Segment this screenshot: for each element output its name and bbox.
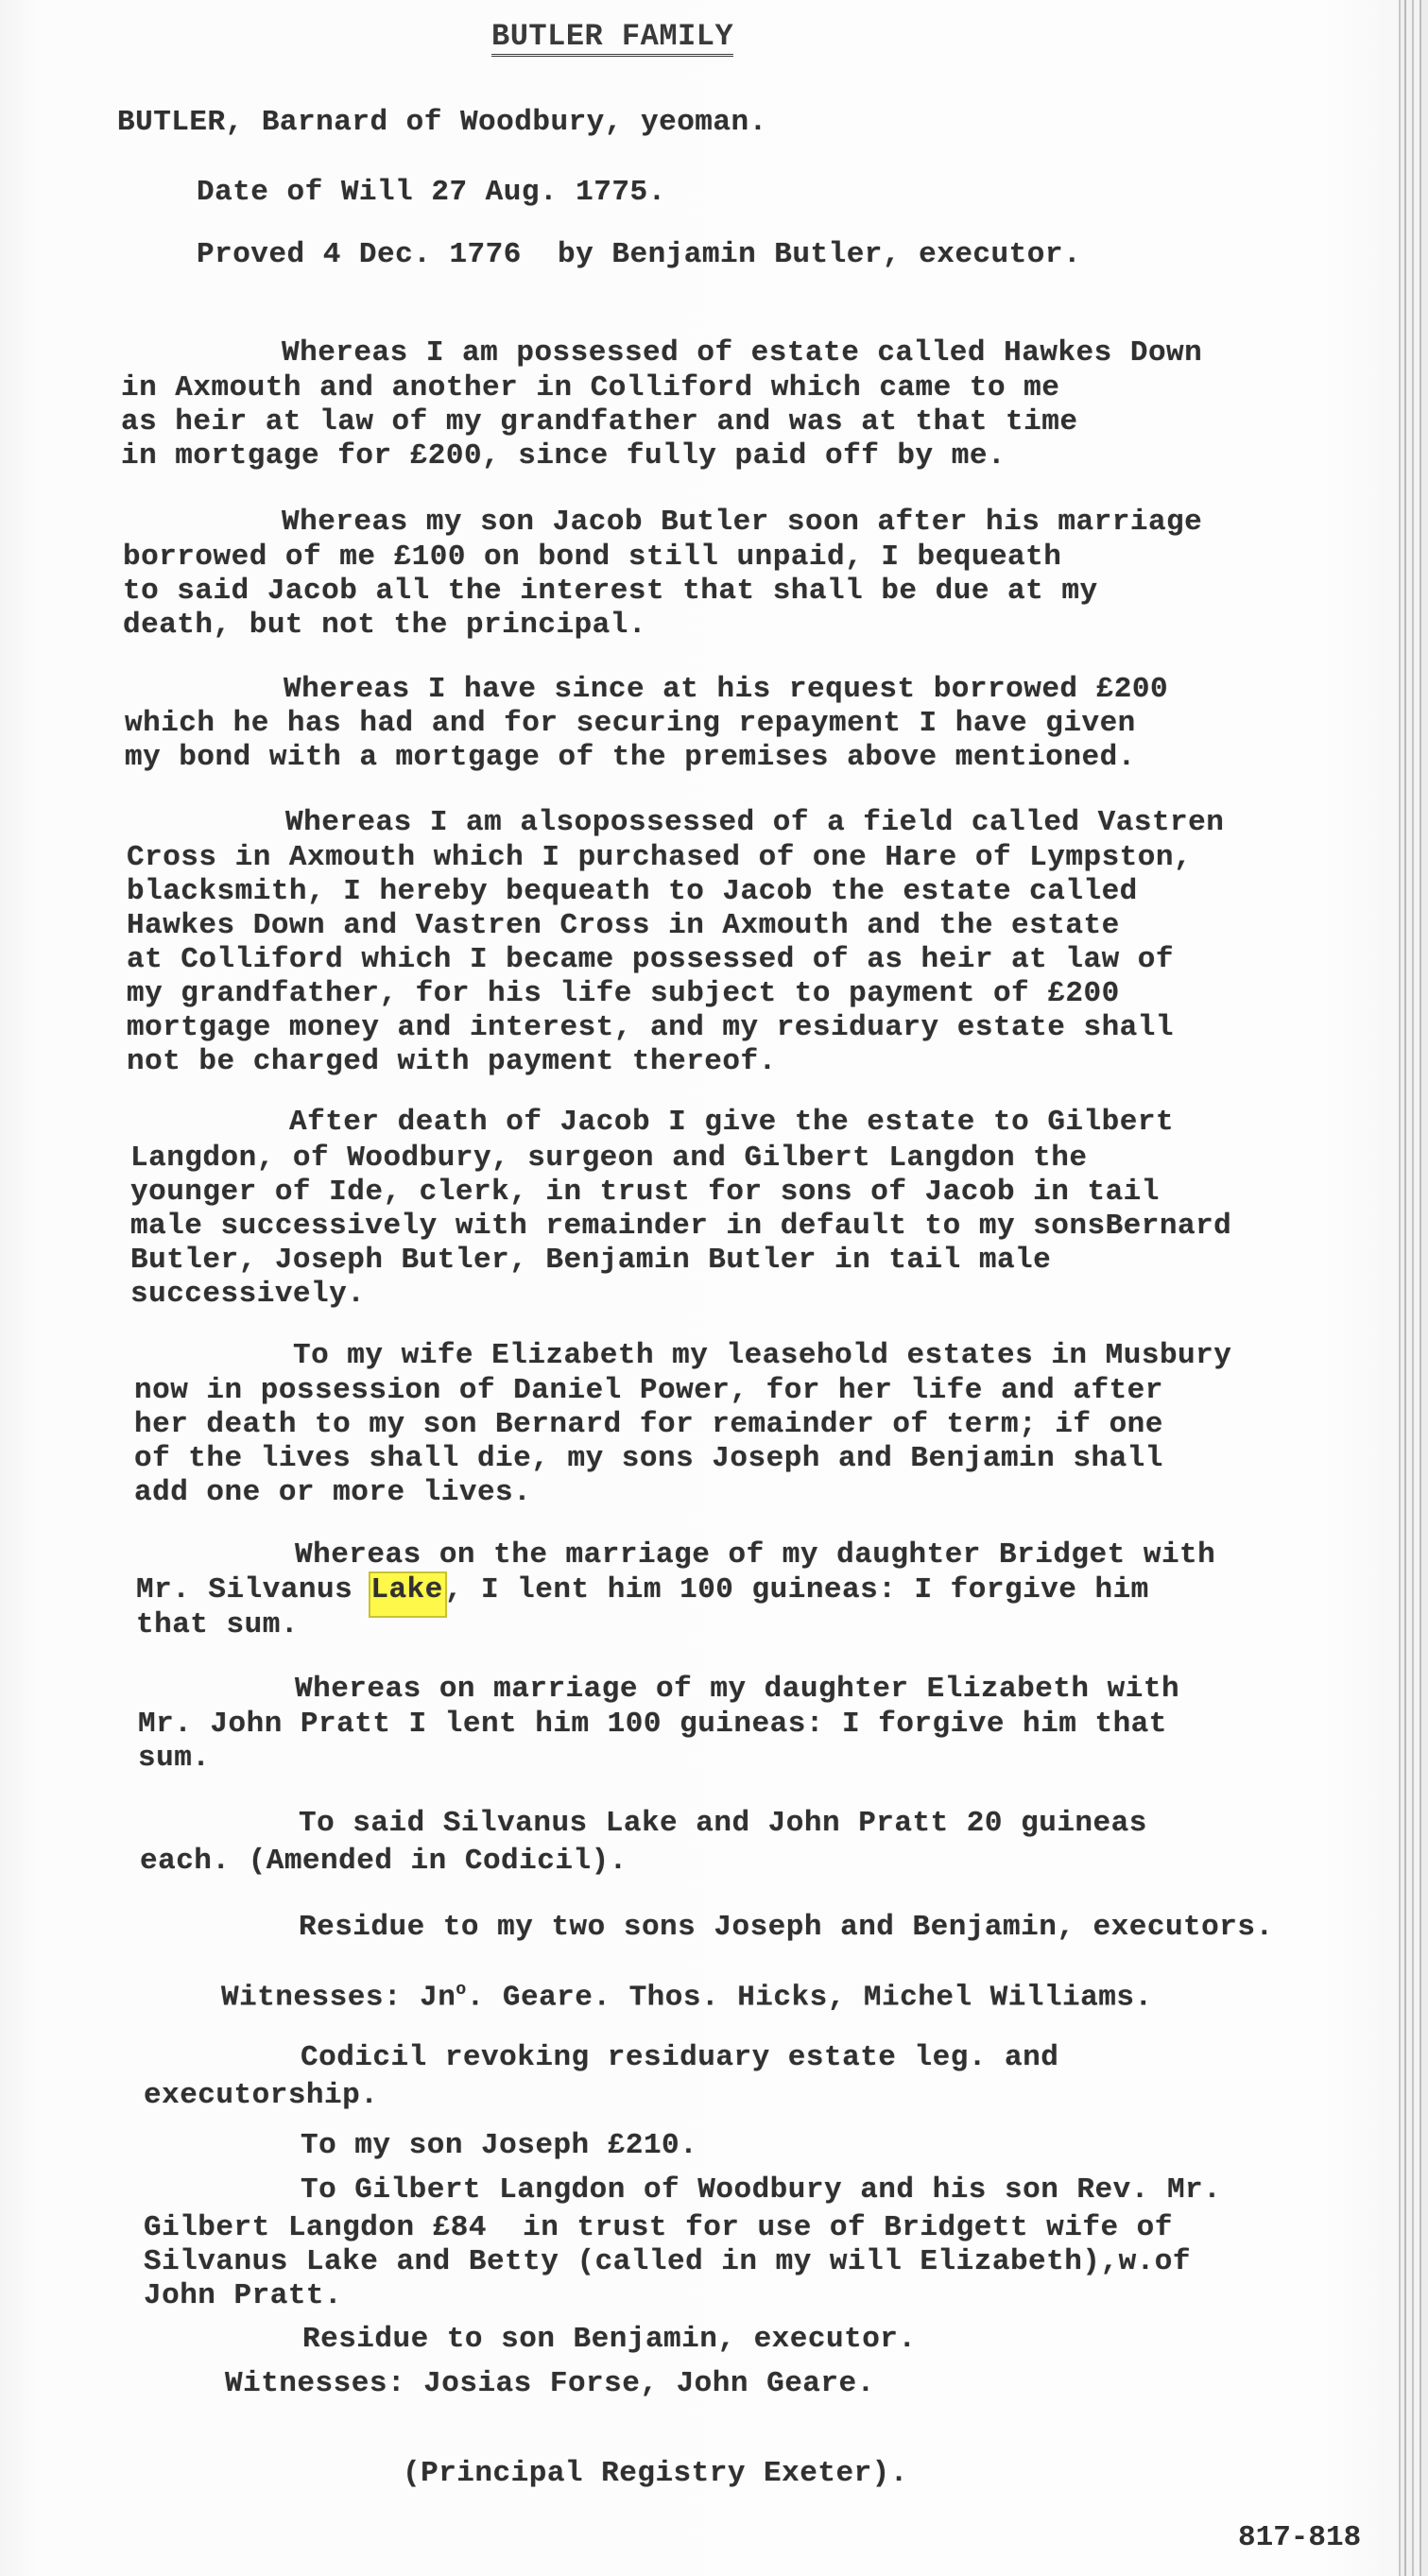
text-line: Residue to my two sons Joseph and Benjam… (299, 1911, 1274, 1945)
text-line: successively. (130, 1278, 365, 1312)
text-line: not be charged with payment thereof. (127, 1045, 777, 1079)
text-line: as heir at law of my grandfather and was… (121, 405, 1077, 439)
document-page: BUTLER FAMILY BUTLER, Barnard of Woodbur… (0, 0, 1399, 2576)
text-line: her death to my son Bernard for remainde… (134, 1408, 1163, 1442)
text-line: at Colliford which I became possessed of… (127, 943, 1174, 977)
text-line: Langdon, of Woodbury, surgeon and Gilber… (130, 1142, 1087, 1176)
text-segment: , I lent him 100 guineas: I forgive him (445, 1573, 1149, 1606)
text-line: now in possession of Daniel Power, for h… (134, 1374, 1163, 1408)
superscript: o (456, 1981, 466, 2000)
text-segment: . Geare. Thos. Hicks, Michel Williams. (467, 1981, 1153, 2014)
text-line: Codicil revoking residuary estate leg. a… (301, 2041, 1058, 2075)
text-line: to said Jacob all the interest that shal… (123, 575, 1098, 609)
text-line: Whereas I have since at his request borr… (284, 673, 1168, 707)
text-line: my bond with a mortgage of the premises … (125, 741, 1136, 775)
text-line: sum. (138, 1742, 210, 1776)
text-line: which he has had and for securing repaym… (125, 707, 1136, 741)
text-line: Whereas my son Jacob Butler soon after h… (282, 506, 1202, 540)
text-line: add one or more lives. (134, 1476, 531, 1510)
text-line: of the lives shall die, my sons Joseph a… (134, 1442, 1163, 1476)
text-line-with-highlight: Mr. Silvanus Lake, I lent him 100 guinea… (136, 1573, 1149, 1607)
document-title: BUTLER FAMILY (491, 21, 733, 57)
source-registry: (Principal Registry Exeter). (403, 2457, 908, 2491)
text-line: Hawkes Down and Vastren Cross in Axmouth… (127, 909, 1120, 943)
text-segment: Mr. Silvanus (136, 1573, 370, 1606)
text-line: Butler, Joseph Butler, Benjamin Butler i… (130, 1244, 1051, 1278)
text-line: To Gilbert Langdon of Woodbury and his s… (301, 2173, 1221, 2207)
page-number: 817-818 (1238, 2521, 1361, 2554)
codicil-witnesses: Witnesses: Josias Forse, John Geare. (225, 2367, 875, 2401)
text-line: Whereas on the marriage of my daughter B… (295, 1538, 1215, 1572)
text-line: Mr. John Pratt I lent him 100 guineas: I… (138, 1708, 1167, 1742)
text-line: Gilbert Langdon £84 in trust for use of … (144, 2211, 1173, 2245)
text-line: To said Silvanus Lake and John Pratt 20 … (299, 1807, 1147, 1841)
codicil-residue: Residue to son Benjamin, executor. (302, 2323, 917, 2357)
text-line: in mortgage for £200, since fully paid o… (121, 439, 1006, 473)
witnesses-will: Witnesses: Jno. Geare. Thos. Hicks, Mich… (221, 1973, 1153, 2015)
text-line: After death of Jacob I give the estate t… (289, 1106, 1174, 1140)
text-line: younger of Ide, clerk, in trust for sons… (130, 1176, 1160, 1210)
date-of-will: Date of Will 27 Aug. 1775. (197, 176, 666, 210)
text-line: blacksmith, I hereby bequeath to Jacob t… (127, 875, 1138, 909)
text-line: in Axmouth and another in Colliford whic… (121, 371, 1059, 405)
text-line: that sum. (136, 1608, 299, 1642)
text-segment: Jn (402, 1981, 456, 2014)
witnesses-label: Witnesses: (221, 1981, 402, 2014)
text-line: my grandfather, for his life subject to … (127, 977, 1120, 1011)
text-line: mortgage money and interest, and my resi… (127, 1011, 1174, 1045)
text-line: death, but not the principal. (123, 609, 646, 643)
text-line: Silvanus Lake and Betty (called in my wi… (144, 2245, 1191, 2279)
text-line: executorship. (144, 2079, 378, 2113)
text-line: Whereas on marriage of my daughter Eliza… (295, 1673, 1179, 1707)
text-line: Whereas I am alsopossessed of a field ca… (285, 806, 1224, 840)
proved-line: Proved 4 Dec. 1776 by Benjamin Butler, e… (197, 238, 1081, 272)
text-line: John Pratt. (144, 2279, 342, 2313)
bequest-joseph: To my son Joseph £210. (301, 2129, 697, 2163)
text-line: male successively with remainder in defa… (130, 1210, 1231, 1244)
page-edge (1399, 0, 1428, 2576)
text-line: borrowed of me £100 on bond still unpaid… (123, 541, 1061, 575)
text-line: Cross in Axmouth which I purchased of on… (127, 841, 1192, 875)
testator-line: BUTLER, Barnard of Woodbury, yeoman. (117, 106, 767, 140)
text-line: To my wife Elizabeth my leasehold estate… (293, 1339, 1231, 1373)
text-line: Whereas I am possessed of estate called … (282, 336, 1202, 370)
text-line: each. (Amended in Codicil). (140, 1845, 628, 1879)
search-highlight: Lake (370, 1573, 444, 1616)
